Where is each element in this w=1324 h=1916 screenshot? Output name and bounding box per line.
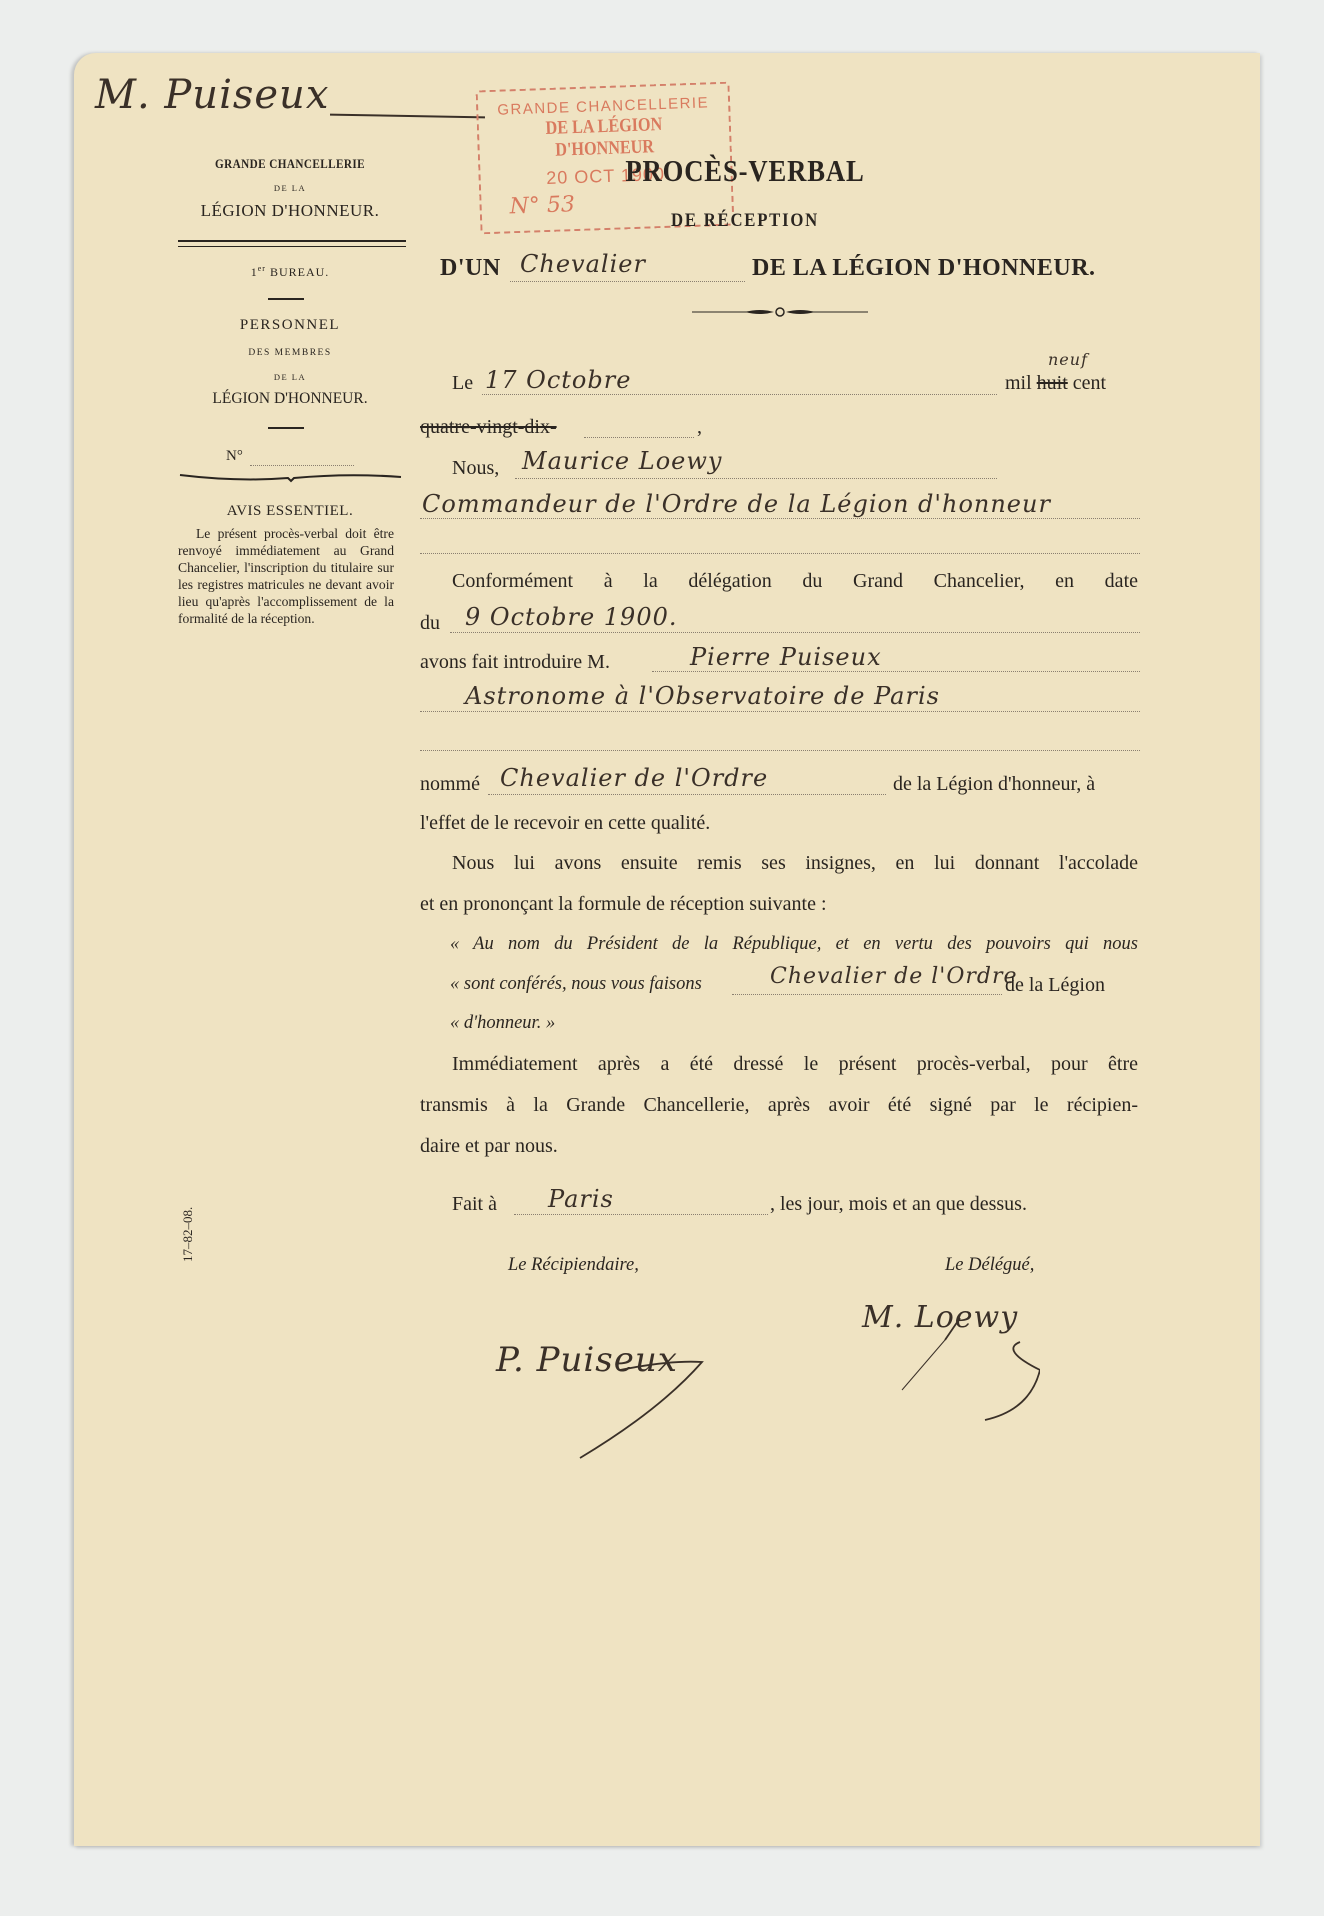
- delegate-signature-flourish: [900, 1280, 1040, 1430]
- nomme-grade-field: [488, 794, 886, 795]
- delegation-text: Conformément à la délégation du Grand Ch…: [452, 570, 1138, 593]
- avis-body: Le présent procès-verbal doit être renvo…: [178, 525, 394, 627]
- document-title: PROCÈS-VERBAL: [586, 153, 904, 189]
- delegate-name-field: [515, 478, 997, 479]
- closing-line3: daire et par nous.: [420, 1135, 558, 1158]
- delegate-signature-label: Le Délégué,: [945, 1255, 1034, 1276]
- fait-place-field: [514, 1214, 768, 1215]
- date-field: [482, 394, 997, 395]
- delegate-title-handwritten: Commandeur de l'Ordre de la Légion d'hon…: [422, 490, 1051, 518]
- formula-line2-prefix: « sont conférés, nous vous faisons: [450, 974, 702, 995]
- title-grade-handwritten: Chevalier: [520, 250, 646, 278]
- delegate-name-handwritten: Maurice Loewy: [522, 447, 722, 475]
- date-label: Le: [452, 372, 473, 395]
- recipient-name-field: [652, 671, 1140, 672]
- year-line2: quatre-vingt-dix-: [420, 416, 557, 439]
- introduce-label: avons fait introduire M.: [420, 651, 610, 674]
- recipient-title-field-2: [420, 750, 1140, 751]
- institution-line3: LÉGION D'HONNEUR.: [170, 201, 410, 221]
- delegation-date-field: [450, 632, 1140, 633]
- formula-grade-handwritten: Chevalier de l'Ordre: [770, 964, 1018, 989]
- ornament-divider: [690, 306, 870, 318]
- nomme-suffix: de la Légion d'honneur, à: [893, 773, 1095, 796]
- title-line-prefix: D'UN: [440, 255, 501, 282]
- fait-label: Fait à: [452, 1193, 497, 1216]
- recipient-name-handwritten: Pierre Puiseux: [690, 643, 882, 671]
- form-code: 17–82–08.: [180, 1207, 196, 1262]
- short-rule: [268, 298, 304, 300]
- year-line1: mil huit cent: [1005, 372, 1106, 395]
- nous-label: Nous,: [452, 457, 499, 480]
- year-struck: huit: [1037, 372, 1068, 394]
- delegation-date-handwritten: 9 Octobre 1900.: [465, 603, 677, 631]
- number-label: N°: [226, 448, 243, 464]
- institution-line2: DE LA: [170, 183, 410, 193]
- recipient-title-field: [420, 711, 1140, 712]
- bureau-label: 1er BUREAU.: [170, 264, 410, 280]
- title-line-suffix: DE LA LÉGION D'HONNEUR.: [752, 255, 1096, 282]
- section-line4: LÉGION D'HONNEUR.: [170, 390, 410, 408]
- date-handwritten: 17 Octobre: [485, 366, 631, 394]
- avis-title: AVIS ESSENTIEL.: [170, 503, 410, 520]
- year-line2-comma: ,: [697, 416, 702, 439]
- delegate-title-field: [420, 518, 1140, 519]
- year-line2-field: [584, 437, 694, 438]
- document-subtitle: DE RÉCEPTION: [582, 210, 908, 232]
- effet-text: l'effet de le recevoir en cette qualité.: [420, 812, 710, 835]
- recipient-signature-label: Le Récipiendaire,: [508, 1255, 639, 1276]
- left-double-rule: [178, 240, 406, 247]
- nomme-grade-handwritten: Chevalier de l'Ordre: [500, 764, 768, 792]
- formula-line1: « Au nom du Président de la République, …: [450, 934, 1138, 955]
- delegation-du: du: [420, 612, 440, 635]
- institution-line1: GRANDE CHANCELLERIE: [187, 156, 393, 172]
- year-correction: neuf: [1048, 350, 1088, 369]
- insignes-line1: Nous lui avons ensuite remis ses insigne…: [452, 852, 1138, 875]
- formula-line2-suffix: de la Légion: [1005, 974, 1105, 997]
- delegate-title-field-2: [420, 553, 1140, 554]
- section-line2: DES MEMBRES: [170, 348, 410, 358]
- insignes-line2: et en prononçant la formule de réception…: [420, 893, 827, 916]
- short-rule: [268, 427, 304, 429]
- nomme-label: nommé: [420, 773, 480, 796]
- swash-divider: [178, 470, 403, 484]
- formula-grade-field: [732, 994, 1002, 995]
- fait-place-handwritten: Paris: [548, 1185, 614, 1213]
- recipient-title-handwritten: Astronome à l'Observatoire de Paris: [465, 682, 940, 710]
- closing-line2: transmis à la Grande Chancellerie, après…: [420, 1094, 1138, 1117]
- handwritten-addressee: M. Puiseux: [95, 72, 329, 118]
- recipient-signature-flourish: [560, 1350, 710, 1460]
- section-line1: PERSONNEL: [170, 317, 410, 334]
- formula-line3: « d'honneur. »: [450, 1013, 555, 1034]
- title-grade-field: [510, 281, 745, 282]
- number-field[interactable]: N°: [226, 448, 243, 465]
- closing-line1: Immédiatement après a été dressé le prés…: [452, 1053, 1138, 1076]
- fait-suffix: , les jour, mois et an que dessus.: [770, 1193, 1027, 1216]
- section-line3: DE LA: [170, 372, 410, 382]
